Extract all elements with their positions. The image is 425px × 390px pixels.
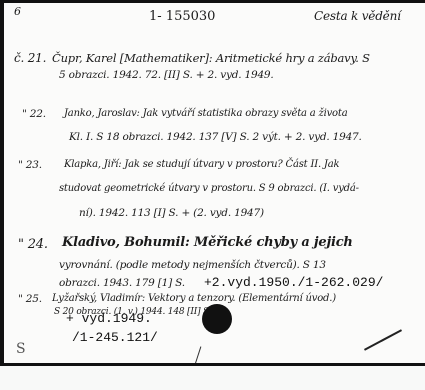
entry-22-line2: Kl. I. S 18 obrazci. 1942. 137 [V] S. 2 … bbox=[69, 131, 362, 143]
signature-mark bbox=[364, 329, 402, 350]
punch-hole bbox=[202, 304, 232, 334]
entry-23-line1: Klapka, Jiří: Jak se studují útvary v pr… bbox=[64, 159, 339, 170]
entry-25-typed-number: /1-245.121/ bbox=[72, 330, 158, 345]
entry-24-typed-note: +2.vyd.1950./1-262.029/ bbox=[204, 275, 383, 290]
catalog-number: 1- 155030 bbox=[149, 9, 215, 24]
footer-letter: S bbox=[16, 341, 26, 357]
entry-24-line3: obrazci. 1943. 179 [1] S. bbox=[59, 277, 185, 289]
background-strip bbox=[0, 366, 425, 390]
entry-21-line1: Čupr, Karel [Mathematiker]: Aritmetické … bbox=[52, 51, 370, 65]
entry-25-typed-edition: + vyd.1949. bbox=[66, 311, 152, 326]
entry-23-line2: studovat geometrické útvary v prostoru. … bbox=[59, 183, 359, 194]
entry-24-prefix: " 24. bbox=[18, 237, 48, 252]
entry-21-prefix: č. 21. bbox=[14, 51, 46, 65]
entry-24-line1: Kladivo, Bohumil: Měřické chyby a jejich bbox=[62, 235, 353, 250]
entry-22-line1: Janko, Jaroslav: Jak vytváří statistika … bbox=[64, 108, 347, 119]
catalog-card: 6 1- 155030 Cesta k vědění č. 21. Čupr, … bbox=[0, 0, 425, 366]
corner-number: 6 bbox=[14, 5, 21, 18]
entry-23-prefix: " 23. bbox=[18, 159, 42, 171]
entry-22-prefix: " 22. bbox=[22, 108, 46, 120]
series-title: Cesta k vědění bbox=[314, 9, 401, 23]
entry-21-line2: 5 obrazci. 1942. 72. [II] S. + 2. vyd. 1… bbox=[59, 69, 274, 81]
entry-25-prefix: " 25. bbox=[18, 293, 42, 305]
tear-mark bbox=[194, 346, 202, 366]
entry-24-line2: vyrovnání. (podle metody nejmenších čtve… bbox=[59, 259, 326, 271]
entry-23-line3: ní). 1942. 113 [I] S. + (2. vyd. 1947) bbox=[79, 207, 264, 219]
entry-25-line1: Lyžařský, Vladimír: Vektory a tenzory. (… bbox=[52, 293, 336, 304]
